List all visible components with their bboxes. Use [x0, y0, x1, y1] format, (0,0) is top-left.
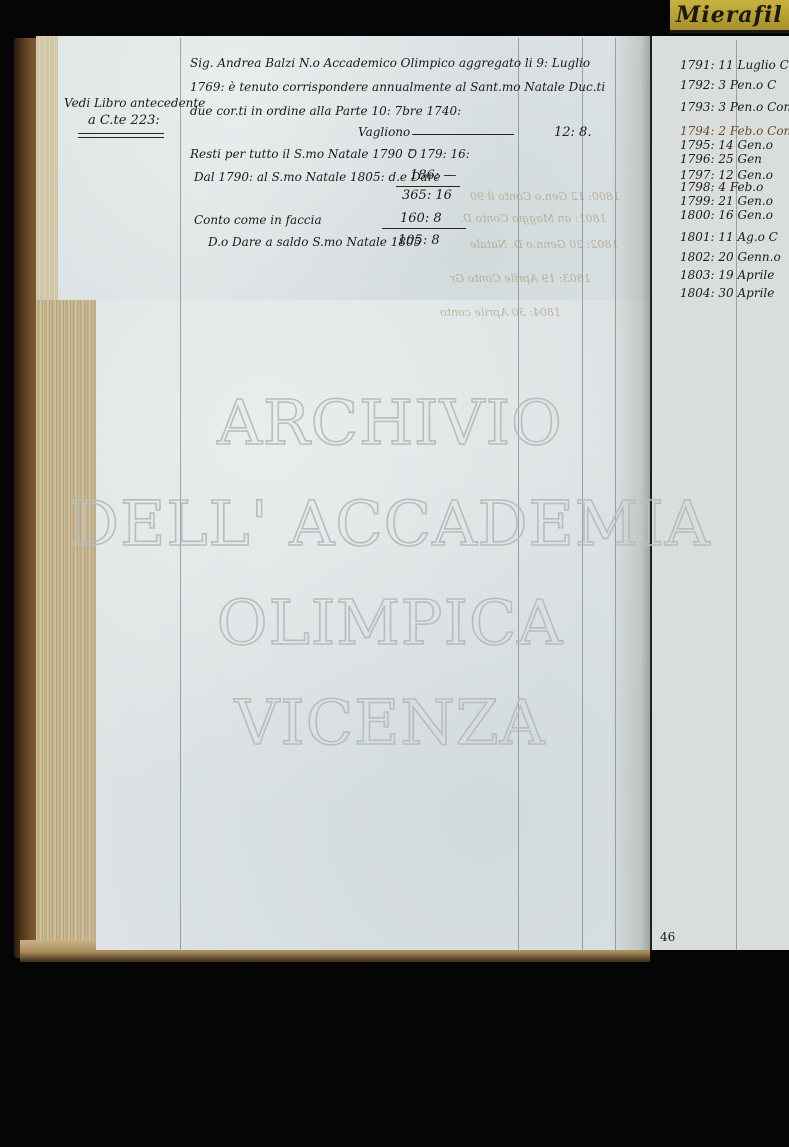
right-entry: 1796: 25 Gen: [680, 152, 762, 166]
ledger-label-resti: Resti per tutto il S.mo Natale 1790 Ꝺ 17…: [190, 145, 470, 162]
right-entry: 1793: 3 Pen.o Cont: [680, 100, 789, 114]
right-entry: 1795: 14 Gen.o: [680, 138, 773, 152]
left-page-upper: [58, 36, 650, 300]
right-entry: 1800: 16 Gen.o: [680, 208, 773, 222]
ledger-label-conto: Conto come in faccia: [194, 213, 322, 227]
watermark-line-2: DELL' ACCADEMIA: [40, 493, 740, 555]
margin-note-line-1: Vedi Libro antecedente: [64, 96, 205, 110]
right-entry: 1803: 19 Aprile: [680, 268, 774, 282]
right-entry: 1804: 30 Aprile: [680, 286, 774, 300]
entry-line-2: 1769: è tenuto corrispondere annualmente…: [190, 80, 605, 94]
ledger-label-saldo: D.o Dare a saldo S.mo Natale 1805: [208, 235, 421, 249]
right-entry: 1798: 4 Feb.o: [680, 180, 763, 194]
watermark-line-1: ARCHIVIO: [60, 392, 720, 454]
right-entry: 1791: 11 Luglio C: [680, 58, 789, 72]
right-entry: 1792: 3 Pen.o C: [680, 78, 776, 92]
ledger-value-dare: 186: —: [410, 168, 456, 183]
ledger-leader-line: [412, 134, 514, 135]
margin-note-underline: [78, 133, 164, 138]
page-number: 46: [660, 930, 675, 944]
ledger-value-subtotal: 365: 16: [402, 188, 452, 203]
ledger-sum-line-2: [382, 228, 466, 229]
right-entry: 1801: 11 Ag.o C: [680, 230, 778, 244]
ledger-value-vagliono: 12: 8.: [554, 125, 591, 140]
watermark-line-3: OLIMPICA: [60, 592, 720, 654]
ledger-label-vagliono: Vagliono: [358, 125, 410, 139]
ledger-value-conto: 160: 8: [400, 211, 442, 226]
ledger-value-saldo: 105: 8: [398, 233, 440, 248]
right-entry: 1802: 20 Genn.o: [680, 250, 781, 264]
ledger-label-dare: Dal 1790: al S.mo Natale 1805: d.e Dare: [194, 170, 440, 184]
right-entry: 1799: 21 Gen.o: [680, 194, 773, 208]
ledger-sum-line-1: [396, 186, 460, 187]
watermark-line-4: VICENZA: [60, 692, 720, 754]
right-entry: 1794: 2 Feb.o Con: [680, 124, 789, 138]
margin-note-line-2: a C.te 223:: [88, 113, 160, 128]
archive-label-text: Mierafil: [676, 2, 783, 28]
entry-line-1: Sig. Andrea Balzi N.o Accademico Olimpic…: [190, 56, 590, 70]
entry-line-3: due cor.ti in ordine alla Parte 10: 7bre…: [190, 104, 461, 118]
